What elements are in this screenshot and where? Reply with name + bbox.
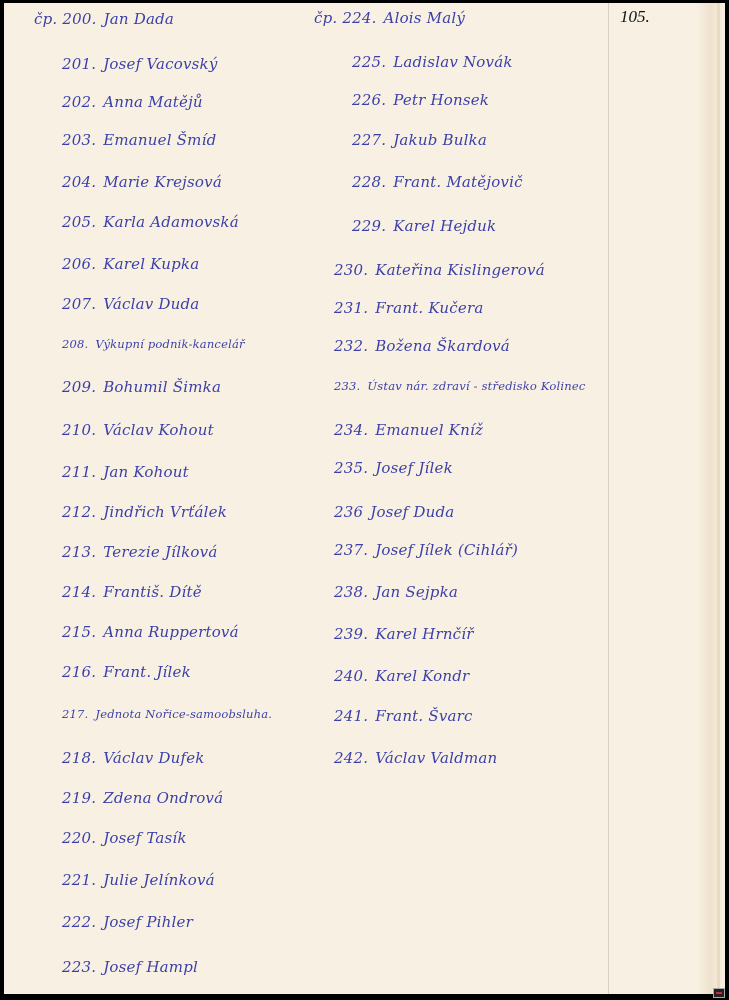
house-number: 221. xyxy=(62,871,96,889)
page-number: 105. xyxy=(620,7,650,27)
house-entry: 205.Karla Adamovská xyxy=(62,213,239,231)
house-number: 219. xyxy=(62,789,96,807)
house-entry: 234.Emanuel Kníž xyxy=(334,421,483,439)
house-number: 217. xyxy=(62,707,88,721)
house-number: 205. xyxy=(62,213,96,231)
owner-name: Václav Valdman xyxy=(375,749,497,767)
house-number: 240. xyxy=(334,667,368,685)
house-entry: 209.Bohumil Šimka xyxy=(62,378,221,396)
house-number: 239. xyxy=(334,625,368,643)
house-number: 208. xyxy=(62,337,88,351)
house-entry: čp. 200.Jan Dada xyxy=(34,10,174,28)
owner-name: Václav Duda xyxy=(103,295,199,313)
owner-name: Frant. Švarc xyxy=(375,707,472,725)
owner-name: Marie Krejsová xyxy=(103,173,222,191)
house-entry: 226.Petr Honsek xyxy=(352,91,489,109)
owner-name: Jednota Nořice-samoobsluha. xyxy=(95,707,272,721)
owner-name: Frant. Jílek xyxy=(103,663,191,681)
house-entry: 238.Jan Sejpka xyxy=(334,583,458,601)
house-entry: 213.Terezie Jílková xyxy=(62,543,217,561)
house-number: 214. xyxy=(62,583,96,601)
house-number: 207. xyxy=(62,295,96,313)
owner-name: Frant. Matějovič xyxy=(393,173,523,191)
house-entry: 208.Výkupní podnik-kancelář xyxy=(62,337,245,351)
house-entry: 206.Karel Kupka xyxy=(62,255,199,273)
house-entry: 221.Julie Jelínková xyxy=(62,871,215,889)
house-number: 212. xyxy=(62,503,96,521)
owner-name: Jan Kohout xyxy=(103,463,189,481)
owner-name: Josef Duda xyxy=(370,503,454,521)
house-entry: 211.Jan Kohout xyxy=(62,463,189,481)
owner-name: Karel Hejduk xyxy=(393,217,496,235)
house-entry: 223.Josef Hampl xyxy=(62,958,198,976)
owner-name: Výkupní podnik-kancelář xyxy=(95,337,244,351)
house-number: čp. 224. xyxy=(314,9,377,27)
house-number: 237. xyxy=(334,541,368,559)
owner-name: Ladislav Novák xyxy=(393,53,512,71)
margin-rule xyxy=(608,3,609,994)
house-entry: 227.Jakub Bulka xyxy=(352,131,487,149)
house-entry: 231.Frant. Kučera xyxy=(334,299,483,317)
house-number: 222. xyxy=(62,913,96,931)
house-number: čp. 200. xyxy=(34,10,97,28)
owner-name: Jan Sejpka xyxy=(375,583,458,601)
house-entry: 222.Josef Pihler xyxy=(62,913,193,931)
house-number: 242. xyxy=(334,749,368,767)
image-frame: 105. čp. 200.Jan Dada201.Josef Vacovský2… xyxy=(0,0,729,1000)
owner-name: Bohumil Šimka xyxy=(103,378,221,396)
owner-name: Kateřina Kislingerová xyxy=(375,261,545,279)
house-entry: 236Josef Duda xyxy=(334,503,454,521)
house-entry: 216.Frant. Jílek xyxy=(62,663,191,681)
house-number: 210. xyxy=(62,421,96,439)
owner-name: Anna Ruppertová xyxy=(103,623,239,641)
house-entry: 235.Josef Jílek xyxy=(334,459,453,477)
house-number: 213. xyxy=(62,543,96,561)
house-entry: 207.Václav Duda xyxy=(62,295,199,313)
house-number: 211. xyxy=(62,463,96,481)
owner-name: Jan Dada xyxy=(104,10,175,28)
house-entry: 202.Anna Matějů xyxy=(62,93,203,111)
house-number: 225. xyxy=(352,53,386,71)
owner-name: Zdena Ondrová xyxy=(103,789,223,807)
house-number: 231. xyxy=(334,299,368,317)
owner-name: Jakub Bulka xyxy=(393,131,487,149)
ledger-page: 105. čp. 200.Jan Dada201.Josef Vacovský2… xyxy=(4,3,725,994)
house-number: 206. xyxy=(62,255,96,273)
owner-name: Emanuel Šmíd xyxy=(103,131,216,149)
house-entry: 217.Jednota Nořice-samoobsluha. xyxy=(62,707,272,721)
house-entry: 228.Frant. Matějovič xyxy=(352,173,523,191)
owner-name: Karel Hrnčíř xyxy=(375,625,473,643)
house-entry: 229.Karel Hejduk xyxy=(352,217,496,235)
house-entry: 237.Josef Jílek (Cihlář) xyxy=(334,541,518,559)
house-entry: 233.Ústav nár. zdraví - středisko Koline… xyxy=(334,379,586,393)
owner-name: Josef Jílek xyxy=(375,459,453,477)
owner-name: Josef Jílek (Cihlář) xyxy=(375,541,518,559)
house-number: 209. xyxy=(62,378,96,396)
house-entry: 210.Václav Kohout xyxy=(62,421,214,439)
house-number: 223. xyxy=(62,958,96,976)
owner-name: Františ. Dítě xyxy=(103,583,202,601)
house-number: 226. xyxy=(352,91,386,109)
house-entry: 203.Emanuel Šmíd xyxy=(62,131,216,149)
house-entry: 214.Františ. Dítě xyxy=(62,583,202,601)
house-number: 203. xyxy=(62,131,96,149)
house-number: 234. xyxy=(334,421,368,439)
house-number: 236 xyxy=(334,503,363,521)
house-entry: 230.Kateřina Kislingerová xyxy=(334,261,545,279)
owner-name: Frant. Kučera xyxy=(375,299,483,317)
house-number: 204. xyxy=(62,173,96,191)
house-entry: 215.Anna Ruppertová xyxy=(62,623,239,641)
house-number: 238. xyxy=(334,583,368,601)
owner-name: Josef Hampl xyxy=(103,958,198,976)
house-number: 215. xyxy=(62,623,96,641)
viewer-corner-icon[interactable] xyxy=(713,988,725,998)
house-entry: 212.Jindřich Vrťálek xyxy=(62,503,227,521)
house-number: 228. xyxy=(352,173,386,191)
owner-name: Ústav nár. zdraví - středisko Kolinec xyxy=(367,379,585,393)
house-entry: 225.Ladislav Novák xyxy=(352,53,513,71)
house-number: 230. xyxy=(334,261,368,279)
house-entry: 201.Josef Vacovský xyxy=(62,55,218,73)
owner-name: Emanuel Kníž xyxy=(375,421,483,439)
house-entry: 242.Václav Valdman xyxy=(334,749,497,767)
owner-name: Božena Škardová xyxy=(375,337,510,355)
house-number: 218. xyxy=(62,749,96,767)
owner-name: Julie Jelínková xyxy=(103,871,215,889)
house-number: 235. xyxy=(334,459,368,477)
owner-name: Anna Matějů xyxy=(103,93,203,111)
house-number: 233. xyxy=(334,379,360,393)
owner-name: Václav Kohout xyxy=(103,421,214,439)
house-entry: 218.Václav Dufek xyxy=(62,749,205,767)
house-entry: 204.Marie Krejsová xyxy=(62,173,222,191)
house-entry: čp. 224.Alois Malý xyxy=(314,9,465,27)
house-number: 216. xyxy=(62,663,96,681)
house-number: 227. xyxy=(352,131,386,149)
owner-name: Terezie Jílková xyxy=(103,543,217,561)
page-edge xyxy=(717,3,720,994)
owner-name: Jindřich Vrťálek xyxy=(103,503,227,521)
house-number: 229. xyxy=(352,217,386,235)
owner-name: Václav Dufek xyxy=(103,749,204,767)
house-entry: 220.Josef Tasík xyxy=(62,829,187,847)
house-entry: 219.Zdena Ondrová xyxy=(62,789,223,807)
house-number: 201. xyxy=(62,55,96,73)
house-number: 202. xyxy=(62,93,96,111)
owner-name: Karel Kupka xyxy=(103,255,199,273)
house-entry: 239.Karel Hrnčíř xyxy=(334,625,474,643)
house-number: 241. xyxy=(334,707,368,725)
house-number: 220. xyxy=(62,829,96,847)
house-entry: 240.Karel Kondr xyxy=(334,667,469,685)
owner-name: Alois Malý xyxy=(384,9,466,27)
owner-name: Josef Vacovský xyxy=(103,55,217,73)
owner-name: Karla Adamovská xyxy=(103,213,239,231)
house-entry: 241.Frant. Švarc xyxy=(334,707,473,725)
house-number: 232. xyxy=(334,337,368,355)
house-entry: 232.Božena Škardová xyxy=(334,337,510,355)
owner-name: Josef Pihler xyxy=(103,913,193,931)
owner-name: Karel Kondr xyxy=(375,667,469,685)
owner-name: Josef Tasík xyxy=(103,829,187,847)
owner-name: Petr Honsek xyxy=(393,91,489,109)
